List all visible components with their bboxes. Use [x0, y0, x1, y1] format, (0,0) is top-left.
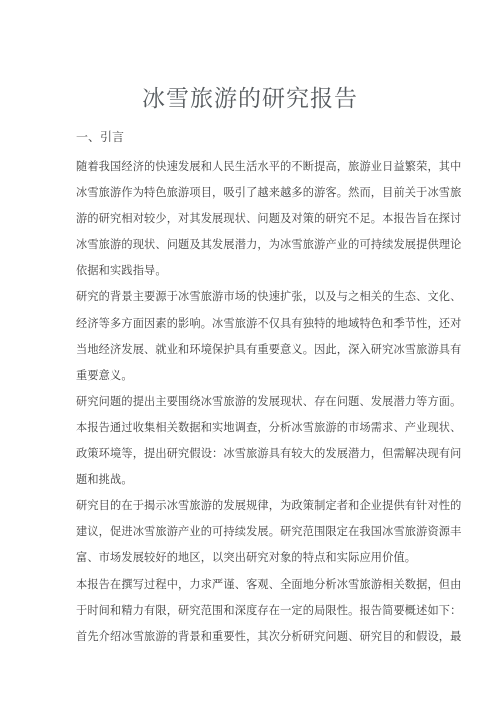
text-line: 建议，促进冰雪旅游产业的可持续发展。研究范围限定在我国冰雪旅游资源丰: [76, 519, 426, 545]
text-line: 首先介绍冰雪旅游的背景和重要性，其次分析研究问题、研究目的和假设，最: [76, 624, 426, 650]
text-line: 经济等多方面因素的影响。冰雪旅游不仅具有独特的地域特色和季节性，还对: [76, 311, 426, 337]
text-line: 游的研究相对较少，对其发展现状、问题及对策的研究不足。本报告旨在探讨: [76, 206, 426, 232]
section-heading: 一、引言: [76, 129, 124, 145]
text-line: 冰雪旅游作为特色旅游项目，吸引了越来越多的游客。然而，目前关于冰雪旅: [76, 180, 426, 206]
text-line: 随着我国经济的快速发展和人民生活水平的不断提高，旅游业日益繁荣，其中: [76, 154, 426, 180]
text-line: 政策环境等，提出研究假设：冰雪旅游具有较大的发展潜力，但需解决现有问: [76, 441, 426, 467]
document-title: 冰雪旅游的研究报告: [0, 84, 500, 114]
document-body: 随着我国经济的快速发展和人民生活水平的不断提高，旅游业日益繁荣，其中 冰雪旅游作…: [76, 154, 426, 650]
text-line: 本报告在撰写过程中，力求严谨、客观、全面地分析冰雪旅游相关数据，但由: [76, 572, 426, 598]
text-line: 研究的背景主要源于冰雪旅游市场的快速扩张，以及与之相关的生态、文化、: [76, 284, 426, 310]
text-line: 冰雪旅游的现状、问题及其发展潜力，为冰雪旅游产业的可持续发展提供理论: [76, 232, 426, 258]
text-line: 于时间和精力有限，研究范围和深度存在一定的局限性。报告简要概述如下：: [76, 598, 426, 624]
text-line: 富、市场发展较好的地区，以突出研究对象的特点和实际应用价值。: [76, 545, 426, 571]
text-line: 本报告通过收集相关数据和实地调查，分析冰雪旅游的市场需求、产业现状、: [76, 415, 426, 441]
text-line: 当地经济发展、就业和环境保护具有重要意义。因此，深入研究冰雪旅游具有: [76, 337, 426, 363]
text-line: 研究问题的提出主要围绕冰雪旅游的发展现状、存在问题、发展潜力等方面。: [76, 389, 426, 415]
text-line: 依据和实践指导。: [76, 258, 426, 284]
text-line: 重要意义。: [76, 363, 426, 389]
text-line: 研究目的在于揭示冰雪旅游的发展规律，为政策制定者和企业提供有针对性的: [76, 493, 426, 519]
text-line: 题和挑战。: [76, 467, 426, 493]
document-page: 冰雪旅游的研究报告 一、引言 随着我国经济的快速发展和人民生活水平的不断提高，旅…: [0, 0, 500, 707]
